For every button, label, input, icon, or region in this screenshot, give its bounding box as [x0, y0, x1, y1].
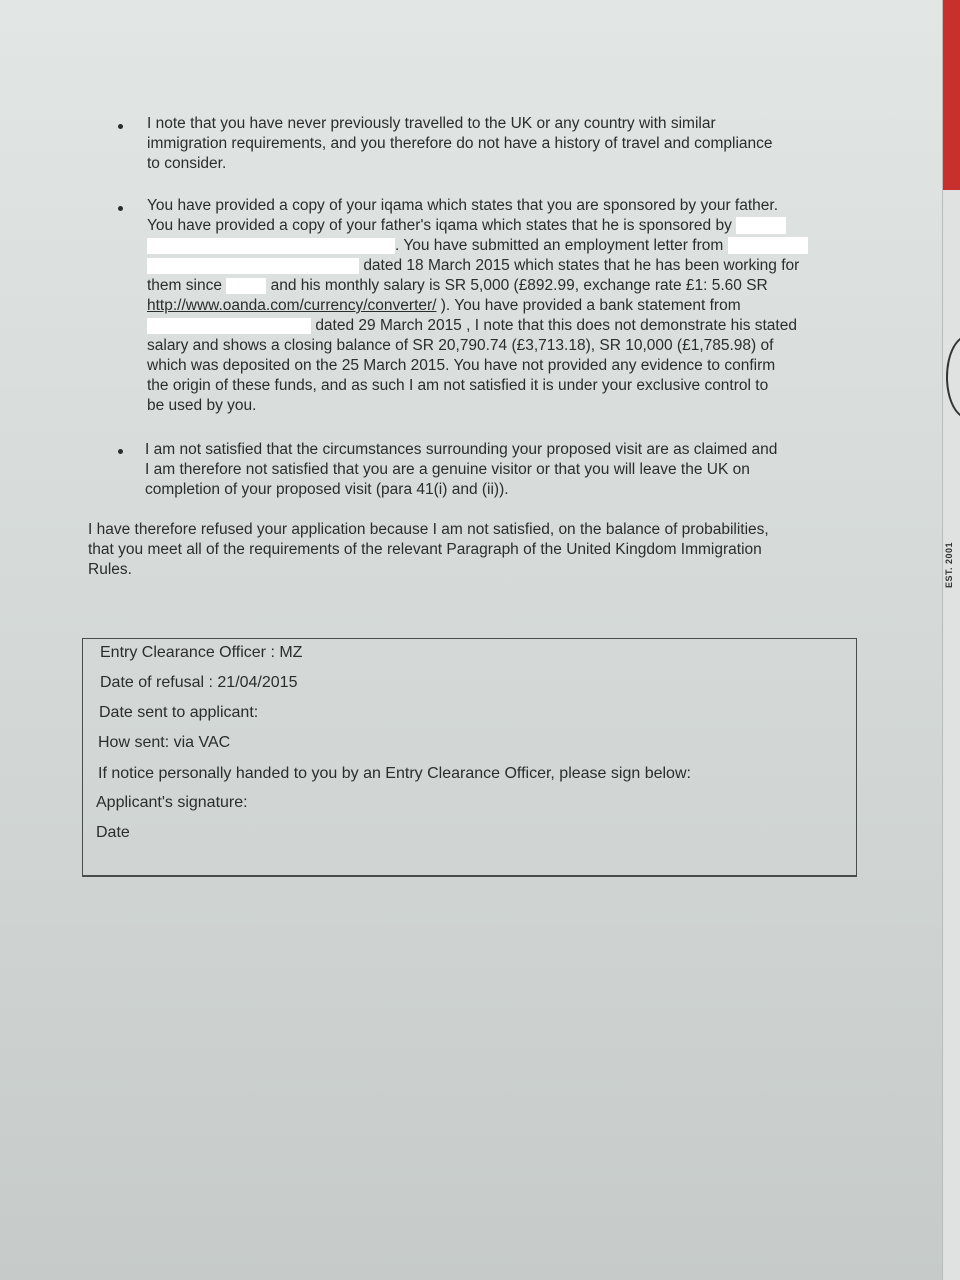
date-sent-field: Date sent to applicant:	[99, 704, 258, 722]
text-segment: and his monthly salary is SR 5,000 (£892…	[271, 277, 768, 294]
sign-instruction: If notice personally handed to you by an…	[98, 765, 691, 783]
bullet-paragraph-genuine-visitor: I am not satisfied that the circumstance…	[145, 440, 777, 500]
applicant-signature-field: Applicant's signature:	[96, 794, 248, 812]
folder-red-stripe	[943, 0, 960, 190]
bullet-paragraph-travel-history: I note that you have never previously tr…	[147, 114, 773, 174]
text-segment: You have provided a copy of your father'…	[147, 217, 732, 234]
text-line: completion of your proposed visit (para …	[145, 480, 777, 500]
text-line: Rules.	[88, 560, 769, 580]
text-segment: ). You have provided a bank statement fr…	[436, 297, 740, 314]
bullet-paragraph-financial-evidence: You have provided a copy of your iqama w…	[147, 196, 808, 416]
text-line: dated 18 March 2015 which states that he…	[147, 256, 808, 276]
redaction-block	[728, 237, 808, 254]
redaction-block	[226, 278, 266, 294]
oanda-converter-link[interactable]: http://www.oanda.com/currency/converter/	[147, 297, 436, 314]
redaction-block	[147, 258, 359, 274]
folder-stamp-text: EST. 2001	[944, 530, 958, 600]
text-line: http://www.oanda.com/currency/converter/…	[147, 296, 808, 316]
conclusion-paragraph: I have therefore refused your applicatio…	[88, 520, 769, 580]
folder-edge	[942, 0, 960, 1280]
text-line: I note that you have never previously tr…	[147, 114, 773, 134]
text-line: dated 29 March 2015 , I note that this d…	[147, 316, 808, 336]
text-segment: dated 18 March 2015 which states that he…	[363, 257, 799, 274]
officer-field: Entry Clearance Officer : MZ	[100, 644, 302, 662]
text-line: them since and his monthly salary is SR …	[147, 276, 808, 296]
bullet-icon	[117, 200, 125, 208]
text-line: I am therefore not satisfied that you ar…	[145, 460, 777, 480]
text-line: which was deposited on the 25 March 2015…	[147, 356, 808, 376]
text-line: be used by you.	[147, 396, 808, 416]
text-line: I have therefore refused your applicatio…	[88, 520, 769, 540]
text-line: to consider.	[147, 154, 773, 174]
refusal-details-box: Entry Clearance Officer : MZ Date of ref…	[82, 638, 857, 877]
bullet-icon	[117, 443, 125, 451]
refusal-date-field: Date of refusal : 21/04/2015	[100, 674, 297, 692]
text-line: You have provided a copy of your father'…	[147, 216, 808, 236]
text-line: the origin of these funds, and as such I…	[147, 376, 808, 396]
signature-date-field: Date	[96, 824, 130, 842]
text-line: I am not satisfied that the circumstance…	[145, 440, 777, 460]
text-line: You have provided a copy of your iqama w…	[147, 196, 808, 216]
redaction-block	[147, 318, 311, 334]
text-line: salary and shows a closing balance of SR…	[147, 336, 808, 356]
redaction-block	[147, 238, 395, 254]
text-line: that you meet all of the requirements of…	[88, 540, 769, 560]
text-segment: dated 29 March 2015 , I note that this d…	[315, 317, 797, 334]
text-line: immigration requirements, and you theref…	[147, 134, 773, 154]
text-line: . You have submitted an employment lette…	[147, 236, 808, 256]
text-segment: . You have submitted an employment lette…	[395, 237, 723, 254]
redaction-block	[736, 217, 786, 234]
text-segment: them since	[147, 277, 222, 294]
letter-page: I note that you have never previously tr…	[0, 0, 942, 1280]
bullet-icon	[117, 118, 125, 126]
how-sent-field: How sent: via VAC	[98, 734, 230, 752]
